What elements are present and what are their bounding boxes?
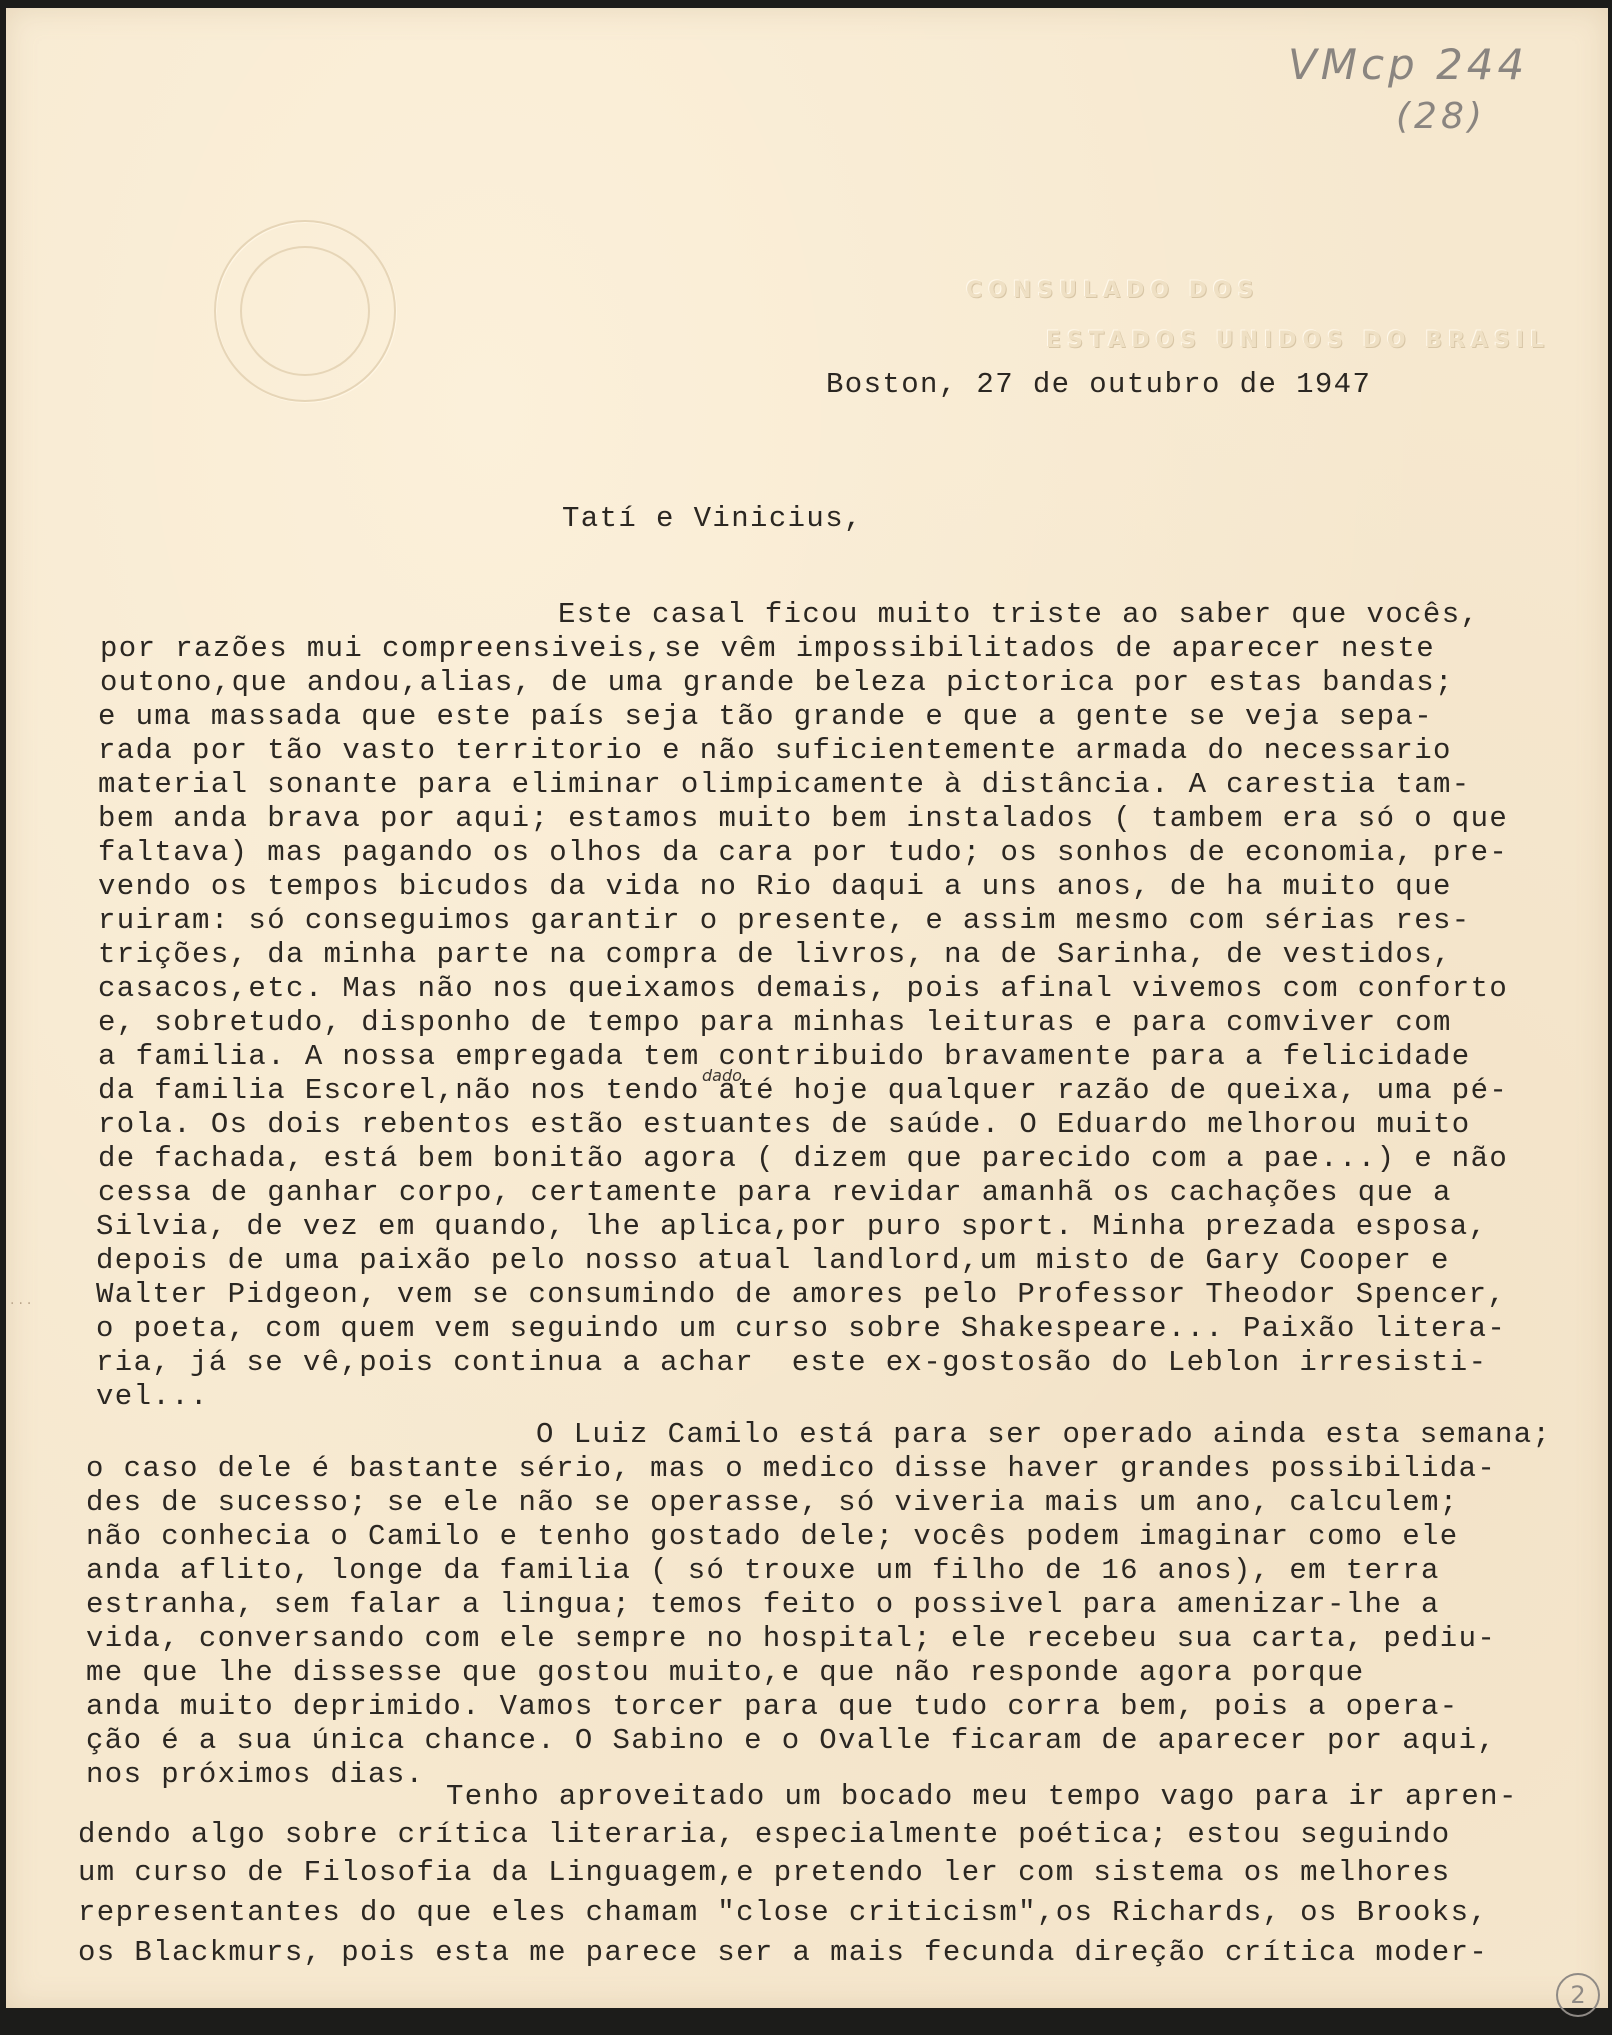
text-line: e uma massada que este país seja tão gra… <box>98 702 1433 731</box>
text-line: vida, conversando com ele sempre no hosp… <box>86 1624 1496 1653</box>
circled-page-number: 2 <box>1556 1973 1600 2017</box>
text-line: vel... <box>96 1382 209 1411</box>
text-line: e, sobretudo, disponho de tempo para min… <box>98 1008 1452 1037</box>
text-line: não conhecia o Camilo e tenho gostado de… <box>86 1522 1459 1551</box>
text-line: rola. Os dois rebentos estão estuantes d… <box>98 1110 1471 1139</box>
letter-page: VMcp 244 (28) CONSULADO DOS ESTADOS UNID… <box>6 8 1608 2008</box>
text-line: estranha, sem falar a lingua; temos feit… <box>86 1590 1440 1619</box>
text-line: por razões mui compreensiveis,se vêm imp… <box>100 634 1435 663</box>
archive-catalog-code: VMcp 244 <box>1288 40 1528 89</box>
text-line: faltava) mas pagando os olhos da cara po… <box>98 838 1508 867</box>
salutation: Tatí e Vinicius, <box>562 504 863 533</box>
text-line: vendo os tempos bicudos da vida no Rio d… <box>98 872 1452 901</box>
archive-folio: (28) <box>1396 96 1486 137</box>
text-line: trições, da minha parte na compra de liv… <box>98 940 1452 969</box>
text-line: rada por tão vasto territorio e não sufi… <box>98 736 1452 765</box>
text-line: a familia. A nossa empregada tem contrib… <box>98 1042 1471 1071</box>
text-line: ção é a sua única chance. O Sabino e o O… <box>86 1726 1496 1755</box>
margin-dots: ··· <box>10 1296 35 1312</box>
text-line: representantes do que eles chamam "close… <box>78 1898 1488 1927</box>
text-line: outono,que andou,alias, de uma grande be… <box>100 668 1454 697</box>
text-line: me que lhe dissesse que gostou muito,e q… <box>86 1658 1365 1687</box>
seal-inner-ring <box>240 246 370 376</box>
text-line: da familia Escorel,não nos tendo até hoj… <box>98 1076 1508 1105</box>
text-line: ria, já se vê,pois continua a achar este… <box>96 1348 1487 1377</box>
text-line: nos próximos dias. <box>86 1760 424 1789</box>
text-line: material sonante para eliminar olimpicam… <box>98 770 1471 799</box>
text-line: depois de uma paixão pelo nosso atual la… <box>96 1246 1450 1275</box>
letterhead-line2: ESTADOS UNIDOS DO BRASIL <box>1046 328 1550 353</box>
text-line: um curso de Filosofia da Linguagem,e pre… <box>78 1858 1451 1887</box>
text-line: O Luiz Camilo está para ser operado aind… <box>536 1420 1551 1449</box>
text-line: Silvia, de vez em quando, lhe aplica,por… <box>96 1212 1487 1241</box>
text-line: ruiram: só conseguimos garantir o presen… <box>98 906 1471 935</box>
text-line: casacos,etc. Mas não nos queixamos demai… <box>98 974 1508 1003</box>
text-line: dendo algo sobre crítica literaria, espe… <box>78 1820 1451 1849</box>
text-line: de fachada, está bem bonitão agora ( diz… <box>98 1144 1508 1173</box>
text-line: Tenho aproveitado um bocado meu tempo va… <box>446 1782 1518 1811</box>
text-line: os Blackmurs, pois esta me parece ser a … <box>78 1938 1488 1967</box>
text-line: des de sucesso; se ele não se operasse, … <box>86 1488 1459 1517</box>
text-line: o poeta, com quem vem seguindo um curso … <box>96 1314 1506 1343</box>
text-line: o caso dele é bastante sério, mas o medi… <box>86 1454 1496 1483</box>
text-line: anda aflito, longe da familia ( só troux… <box>86 1556 1440 1585</box>
text-line: Walter Pidgeon, vem se consumindo de amo… <box>96 1280 1506 1309</box>
text-line: Este casal ficou muito triste ao saber q… <box>558 600 1479 629</box>
embossed-seal-icon <box>214 220 396 402</box>
date-line: Boston, 27 de outubro de 1947 <box>826 370 1371 399</box>
text-line: anda muito deprimido. Vamos torcer para … <box>86 1692 1459 1721</box>
text-line: cessa de ganhar corpo, certamente para r… <box>98 1178 1452 1207</box>
letterhead-line1: CONSULADO DOS <box>966 278 1259 303</box>
text-line: bem anda brava por aqui; estamos muito b… <box>98 804 1508 833</box>
